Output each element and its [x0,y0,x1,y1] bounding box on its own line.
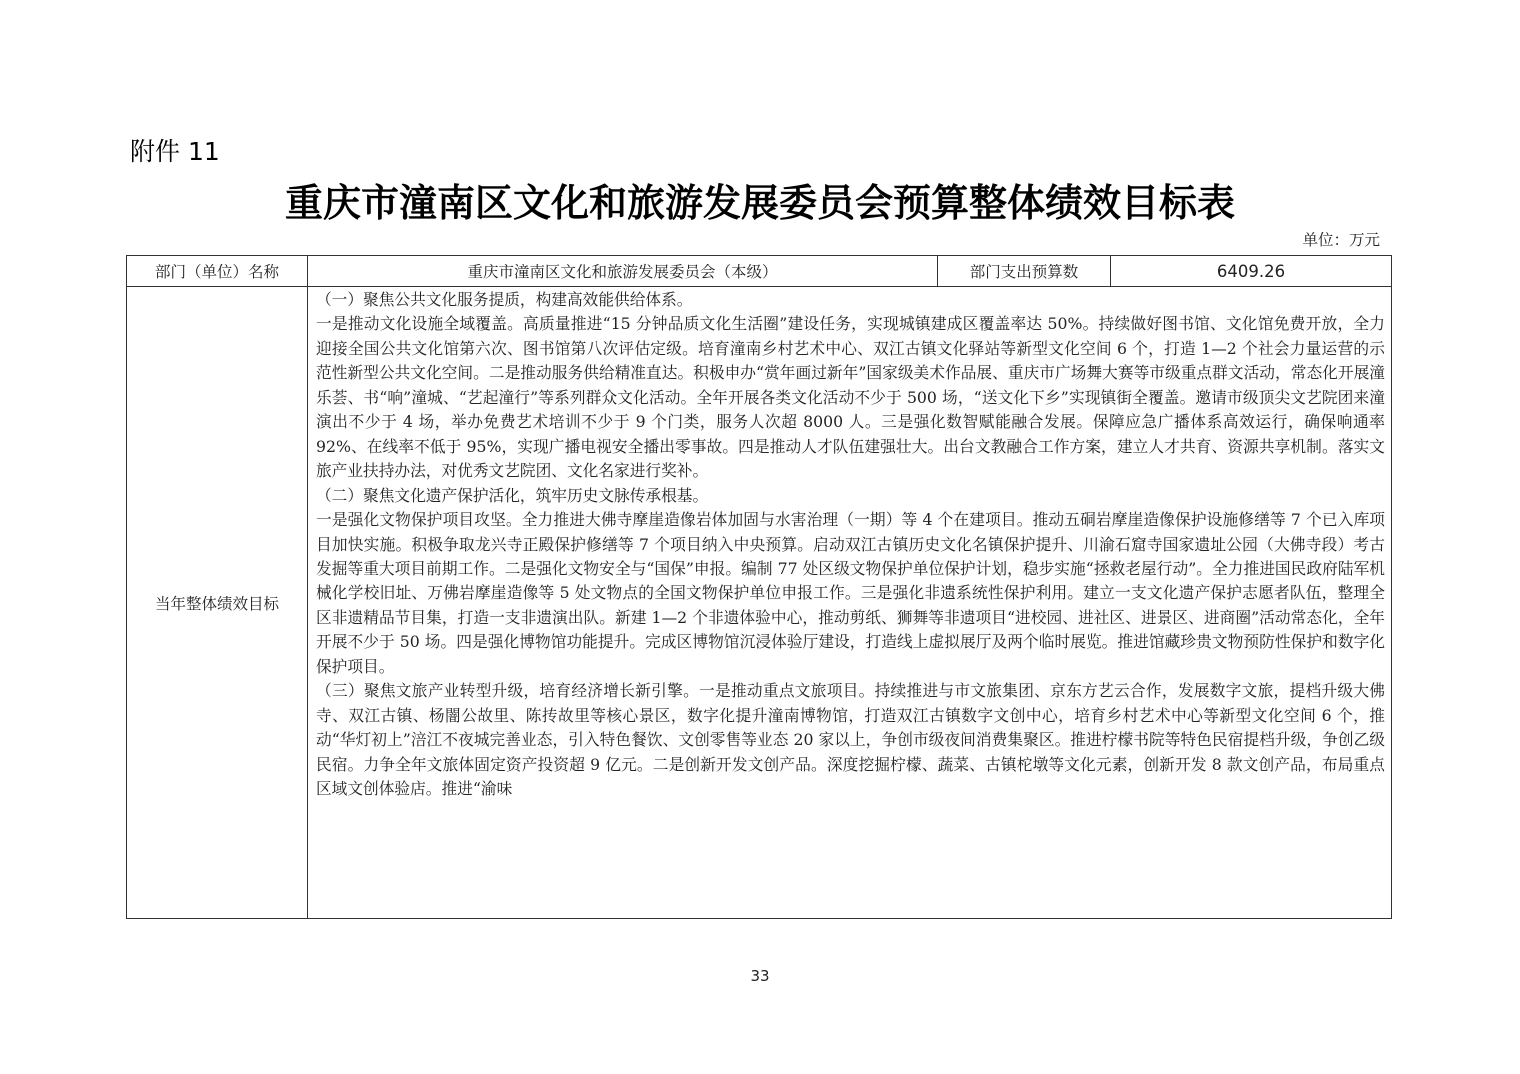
dept-name-label: 部门（单位）名称 [127,256,308,287]
goal-paragraph: （一）聚焦公共文化服务提质，构建高效能供给体系。 [316,288,1385,312]
goal-paragraph: （三）聚焦文旅产业转型升级，培育经济增长新引擎。一是推动重点文旅项目。持续推进与… [316,679,1385,801]
dept-name-value: 重庆市潼南区文化和旅游发展委员会（本级） [308,256,938,287]
attachment-label: 附件 11 [130,132,220,168]
page-number: 33 [0,967,1520,985]
budget-performance-table: 部门（单位）名称 重庆市潼南区文化和旅游发展委员会（本级） 部门支出预算数 64… [126,255,1392,919]
goal-content: （一）聚焦公共文化服务提质，构建高效能供给体系。 一是推动文化设施全域覆盖。高质… [308,287,1392,919]
budget-value: 6409.26 [1111,256,1392,287]
document-title: 重庆市潼南区文化和旅游发展委员会预算整体绩效目标表 [0,172,1520,227]
unit-label: 单位：万元 [1302,228,1380,250]
header-row: 部门（单位）名称 重庆市潼南区文化和旅游发展委员会（本级） 部门支出预算数 64… [127,256,1392,287]
goal-row: 当年整体绩效目标 （一）聚焦公共文化服务提质，构建高效能供给体系。 一是推动文化… [127,287,1392,919]
goal-paragraph: （二）聚焦文化遗产保护活化，筑牢历史文脉传承根基。 [316,484,1385,508]
budget-label: 部门支出预算数 [938,256,1111,287]
goal-paragraph: 一是推动文化设施全域覆盖。高质量推进“15 分钟品质文化生活圈”建设任务，实现城… [316,312,1385,483]
goal-paragraph: 一是强化文物保护项目攻坚。全力推进大佛寺摩崖造像岩体加固与水害治理（一期）等 4… [316,508,1385,679]
goal-label: 当年整体绩效目标 [127,287,308,919]
